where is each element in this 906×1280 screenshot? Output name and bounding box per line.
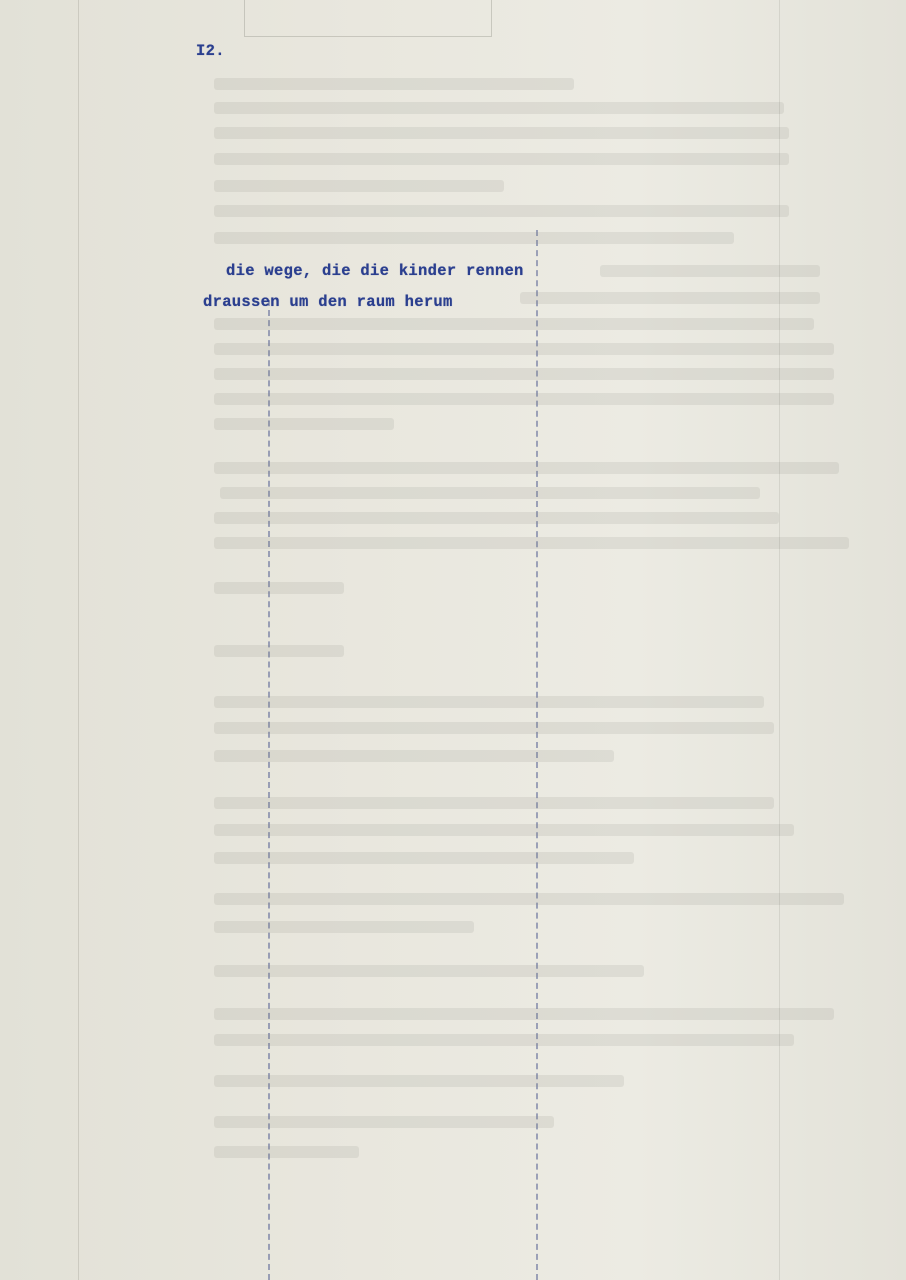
reverse-sheet-outline <box>78 0 780 1280</box>
top-frame-mark <box>244 0 492 37</box>
typed-line-1: die wege, die die kinder rennen <box>226 262 524 280</box>
typed-line-2: draussen um den raum herum <box>203 293 453 311</box>
pencil-guide-line-left <box>268 300 270 1280</box>
page-number: I2. <box>196 42 225 60</box>
paper-sheet: I2. die wege, die die kinder rennen drau… <box>0 0 906 1280</box>
